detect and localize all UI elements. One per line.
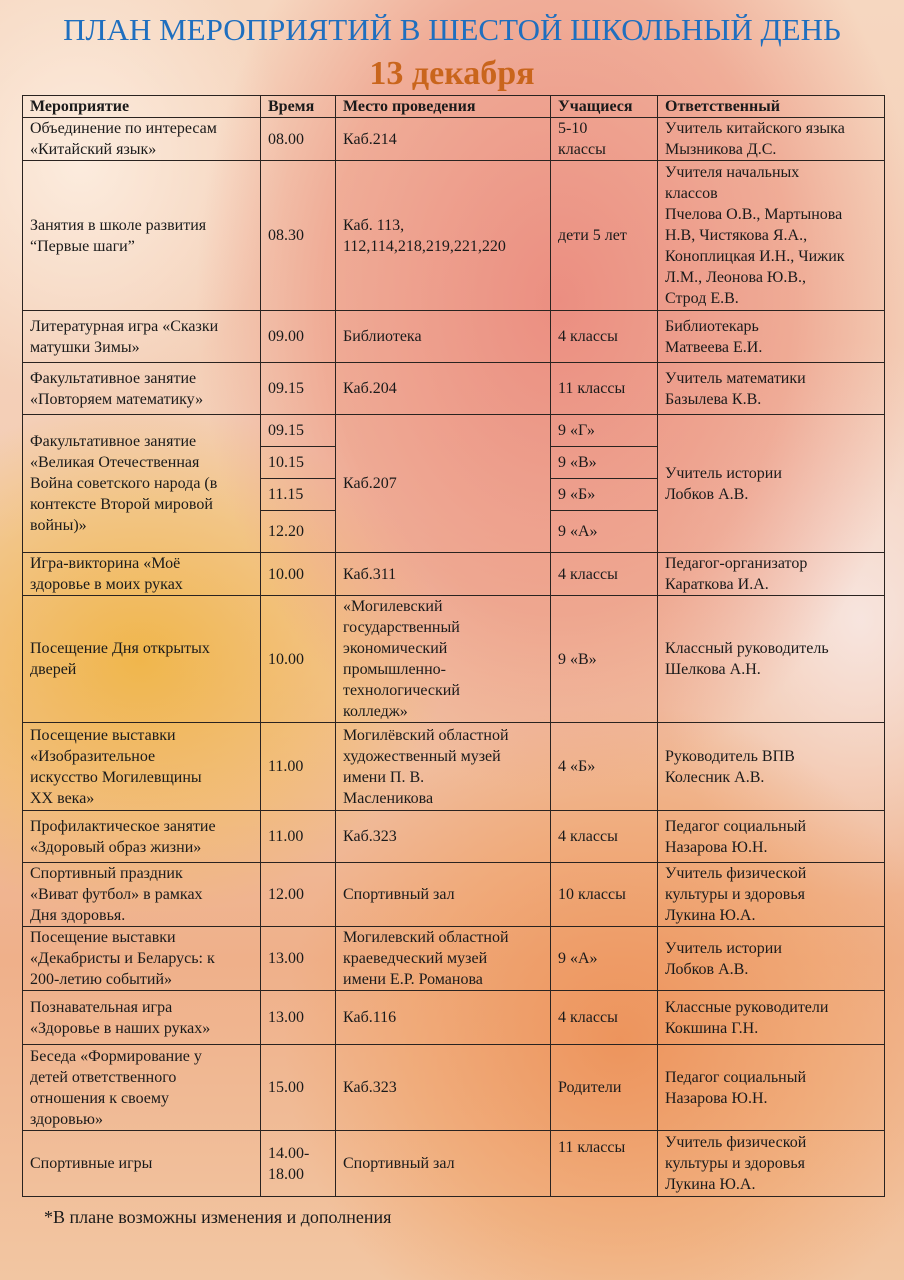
cell-event: Посещение выставки «Декабристы и Беларус… [23, 927, 261, 991]
table-row: Занятия в школе развития “Первые шаги” 0… [23, 161, 885, 311]
cell-students: 9 «В» [551, 596, 658, 723]
cell-place: Могилёвский областной художественный муз… [336, 723, 551, 811]
cell-time: 11.00 [261, 811, 336, 863]
page-title: ПЛАН МЕРОПРИЯТИЙ В ШЕСТОЙ ШКОЛЬНЫЙ ДЕНЬ [0, 10, 904, 50]
cell-students: 5-10 классы [551, 118, 658, 161]
cell-time: 09.15 [261, 415, 336, 447]
cell-place: Каб.214 [336, 118, 551, 161]
cell-students: 4 классы [551, 991, 658, 1045]
cell-time: 10.00 [261, 553, 336, 596]
cell-event: Факультативное занятие «Великая Отечеств… [23, 415, 261, 553]
cell-responsible: Руководитель ВПВ Колесник А.В. [658, 723, 885, 811]
cell-time: 13.00 [261, 991, 336, 1045]
cell-responsible: Учитель истории Лобков А.В. [658, 927, 885, 991]
date-heading: 13 декабря [0, 52, 904, 96]
column-header-students: Учащиеся [551, 96, 658, 118]
cell-time: 09.00 [261, 311, 336, 363]
table-row: Объединение по интересам «Китайский язык… [23, 118, 885, 161]
cell-time: 10.00 [261, 596, 336, 723]
cell-time: 14.00- 18.00 [261, 1131, 336, 1197]
cell-place: Спортивный зал [336, 1131, 551, 1197]
cell-place: «Могилевский государственный экономическ… [336, 596, 551, 723]
column-header-event: Мероприятие [23, 96, 261, 118]
table-row: Познавательная игра «Здоровье в наших ру… [23, 991, 885, 1045]
cell-students: 11 классы [551, 363, 658, 415]
cell-place: Каб.207 [336, 415, 551, 553]
cell-students: 9 «Б» [551, 479, 658, 511]
cell-place: Каб.204 [336, 363, 551, 415]
cell-time: 11.15 [261, 479, 336, 511]
cell-responsible: Учитель китайского языка Мызникова Д.С. [658, 118, 885, 161]
cell-students: 9 «А» [551, 511, 658, 553]
cell-place: Каб.323 [336, 1045, 551, 1131]
table-row: Факультативное занятие «Повторяем матема… [23, 363, 885, 415]
cell-students: 9 «В» [551, 447, 658, 479]
cell-event: Профилактическое занятие «Здоровый образ… [23, 811, 261, 863]
cell-place: Библиотека [336, 311, 551, 363]
cell-students: 4 классы [551, 811, 658, 863]
cell-event: Игра-викторина «Моё здоровье в моих рука… [23, 553, 261, 596]
cell-responsible: Педагог социальный Назарова Ю.Н. [658, 1045, 885, 1131]
cell-responsible: Классные руководители Кокшина Г.Н. [658, 991, 885, 1045]
cell-responsible: Учитель физической культуры и здоровья Л… [658, 863, 885, 927]
cell-time: 09.15 [261, 363, 336, 415]
cell-place: Каб.116 [336, 991, 551, 1045]
cell-students: 11 классы [551, 1131, 658, 1197]
cell-event: Посещение выставки «Изобразительное иску… [23, 723, 261, 811]
cell-responsible: Классный руководитель Шелкова А.Н. [658, 596, 885, 723]
table-row: Посещение Дня открытых дверей 10.00 «Мог… [23, 596, 885, 723]
cell-students: 9 «А» [551, 927, 658, 991]
cell-students: дети 5 лет [551, 161, 658, 311]
cell-time: 13.00 [261, 927, 336, 991]
cell-event: Беседа «Формирование у детей ответственн… [23, 1045, 261, 1131]
cell-event: Факультативное занятие «Повторяем матема… [23, 363, 261, 415]
cell-time: 10.15 [261, 447, 336, 479]
table-row: Посещение выставки «Изобразительное иску… [23, 723, 885, 811]
cell-students: 9 «Г» [551, 415, 658, 447]
footnote: *В плане возможны изменения и дополнения [44, 1207, 391, 1228]
cell-students: Родители [551, 1045, 658, 1131]
cell-event: Литературная игра «Сказки матушки Зимы» [23, 311, 261, 363]
cell-responsible: Педагог социальный Назарова Ю.Н. [658, 811, 885, 863]
cell-students: 4 классы [551, 311, 658, 363]
cell-event: Спортивный праздник «Виват футбол» в рам… [23, 863, 261, 927]
cell-time: 12.00 [261, 863, 336, 927]
column-header-place: Место проведения [336, 96, 551, 118]
cell-responsible: Учитель истории Лобков А.В. [658, 415, 885, 553]
table-header-row: Мероприятие Время Место проведения Учащи… [23, 96, 885, 118]
cell-place: Каб.311 [336, 553, 551, 596]
events-table: Мероприятие Время Место проведения Учащи… [22, 95, 885, 1197]
cell-time: 08.00 [261, 118, 336, 161]
cell-students: 10 классы [551, 863, 658, 927]
cell-event: Занятия в школе развития “Первые шаги” [23, 161, 261, 311]
cell-responsible: Учителя начальных классов Пчелова О.В., … [658, 161, 885, 311]
cell-time: 15.00 [261, 1045, 336, 1131]
table-row: Беседа «Формирование у детей ответственн… [23, 1045, 885, 1131]
cell-event: Спортивные игры [23, 1131, 261, 1197]
cell-responsible: Учитель математики Базылева К.В. [658, 363, 885, 415]
cell-place: Могилевский областной краеведческий музе… [336, 927, 551, 991]
cell-responsible: Учитель физической культуры и здоровья Л… [658, 1131, 885, 1197]
cell-students: 4 классы [551, 553, 658, 596]
table-row-grouped: Факультативное занятие «Великая Отечеств… [23, 415, 885, 447]
table-row: Посещение выставки «Декабристы и Беларус… [23, 927, 885, 991]
cell-place: Каб. 113, 112,114,218,219,221,220 [336, 161, 551, 311]
cell-event: Посещение Дня открытых дверей [23, 596, 261, 723]
cell-event: Объединение по интересам «Китайский язык… [23, 118, 261, 161]
cell-time: 08.30 [261, 161, 336, 311]
table-row: Спортивный праздник «Виват футбол» в рам… [23, 863, 885, 927]
column-header-responsible: Ответственный [658, 96, 885, 118]
table-row: Профилактическое занятие «Здоровый образ… [23, 811, 885, 863]
cell-place: Каб.323 [336, 811, 551, 863]
column-header-time: Время [261, 96, 336, 118]
cell-responsible: Библиотекарь Матвеева Е.И. [658, 311, 885, 363]
cell-place: Спортивный зал [336, 863, 551, 927]
table-row: Литературная игра «Сказки матушки Зимы» … [23, 311, 885, 363]
cell-time: 12.20 [261, 511, 336, 553]
table-row: Спортивные игры 14.00- 18.00 Спортивный … [23, 1131, 885, 1197]
table-row: Игра-викторина «Моё здоровье в моих рука… [23, 553, 885, 596]
cell-event: Познавательная игра «Здоровье в наших ру… [23, 991, 261, 1045]
cell-responsible: Педагог-организатор Караткова И.А. [658, 553, 885, 596]
cell-students: 4 «Б» [551, 723, 658, 811]
cell-time: 11.00 [261, 723, 336, 811]
